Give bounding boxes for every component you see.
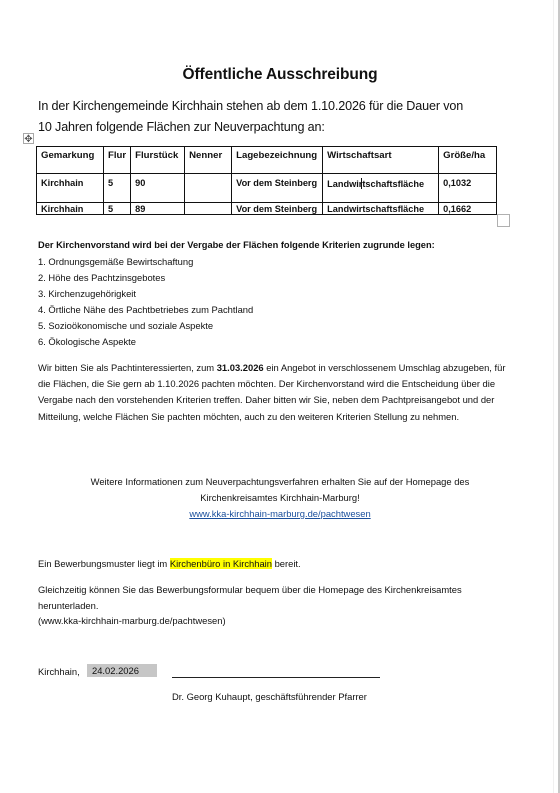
info-line-2: Kirchenkreisamtes Kirchhain-Marburg! [0, 490, 560, 506]
info-link-row: www.kka-kirchhain-marburg.de/pachtwesen [0, 506, 560, 522]
criteria-item: 3. Kirchenzugehörigkeit [38, 288, 136, 299]
criteria-item: 6. Ökologische Aspekte [38, 336, 136, 347]
criteria-heading: Der Kirchenvorstand wird bei der Vergabe… [38, 240, 435, 250]
intro-line-2: 10 Jahren folgende Flächen zur Neuverpac… [38, 120, 325, 134]
download-paragraph: Gleichzeitig können Sie das Bewerbungsfo… [38, 582, 518, 614]
criteria-item: 5. Sozioökonomische und soziale Aspekte [38, 320, 213, 331]
date-field-value[interactable]: 24.02.2026 [87, 664, 157, 677]
cell-flurstueck[interactable]: 90 [131, 174, 185, 203]
cell-groesse[interactable]: 0,1662 [439, 203, 497, 215]
header-flur: Flur [104, 147, 131, 174]
cell-gemarkung[interactable]: Kirchhain [37, 174, 104, 203]
request-text-start: Wir bitten Sie als Pachtinteressierten, … [38, 362, 217, 373]
cell-gemarkung[interactable]: Kirchhain [37, 203, 104, 215]
cell-wirtschaftsart[interactable]: Landwirtschaftsfläche [323, 174, 439, 203]
header-wirtschaftsart: Wirtschaftsart [323, 147, 439, 174]
criteria-item: 1. Ordnungsgemäße Bewirtschaftung [38, 256, 193, 267]
cell-lagebezeichnung[interactable]: Vor dem Steinberg [232, 174, 323, 203]
cell-groesse[interactable]: 0,1032 [439, 174, 497, 203]
cell-wirtschaftsart[interactable]: Landwirtschaftsfläche [323, 203, 439, 215]
cell-flur[interactable]: 5 [104, 203, 131, 215]
plots-table: Gemarkung Flur Flurstück Nenner Lagebeze… [36, 146, 497, 215]
table-row: Kirchhain 5 89 Vor dem Steinberg Landwir… [37, 203, 497, 215]
header-lagebezeichnung: Lagebezeichnung [232, 147, 323, 174]
page-margin-line [553, 0, 554, 793]
request-paragraph: Wir bitten Sie als Pachtinteressierten, … [38, 360, 518, 425]
header-nenner: Nenner [185, 147, 232, 174]
criteria-item: 2. Höhe des Pachtzinsgebotes [38, 272, 165, 283]
application-text-end: bereit. [272, 558, 301, 569]
header-groesse: Größe/ha [439, 147, 497, 174]
table-header-row: Gemarkung Flur Flurstück Nenner Lagebeze… [37, 147, 497, 174]
intro-line-1: In der Kirchengemeinde Kirchhain stehen … [38, 99, 463, 113]
deadline-date: 31.03.2026 [217, 362, 264, 373]
application-text: Ein Bewerbungsmuster liegt im [38, 558, 170, 569]
highlighted-location: Kirchenbüro in Kirchhain [170, 558, 272, 569]
cell-nenner[interactable] [185, 174, 232, 203]
resize-square-icon[interactable] [497, 214, 510, 227]
pachtwesen-link[interactable]: www.kka-kirchhain-marburg.de/pachtwesen [189, 508, 370, 519]
signer-name: Dr. Georg Kuhaupt, geschäftsführender Pf… [172, 691, 367, 702]
header-flurstueck: Flurstück [131, 147, 185, 174]
header-gemarkung: Gemarkung [37, 147, 104, 174]
signature-place: Kirchhain, [38, 666, 80, 677]
info-line-1: Weitere Informationen zum Neuverpachtung… [0, 474, 560, 490]
cell-lagebezeichnung[interactable]: Vor dem Steinberg [232, 203, 323, 215]
move-arrows-icon[interactable]: ✥ [23, 133, 34, 144]
text-cursor [361, 178, 362, 189]
criteria-item: 4. Örtliche Nähe des Pachtbetriebes zum … [38, 304, 253, 315]
cell-flur[interactable]: 5 [104, 174, 131, 203]
cell-wirtschaftsart-text: Landwirtschaftsfläche [327, 179, 424, 189]
table-row: Kirchhain 5 90 Vor dem Steinberg Landwir… [37, 174, 497, 203]
cell-nenner[interactable] [185, 203, 232, 215]
document-title: Öffentliche Ausschreibung [0, 66, 560, 84]
application-line: Ein Bewerbungsmuster liegt im Kirchenbür… [38, 558, 301, 569]
download-url: (www.kka-kirchhain-marburg.de/pachtwesen… [38, 615, 226, 626]
cell-flurstueck[interactable]: 89 [131, 203, 185, 215]
signature-line [172, 668, 380, 678]
date-field[interactable]: 24.02.2026 [87, 665, 157, 676]
